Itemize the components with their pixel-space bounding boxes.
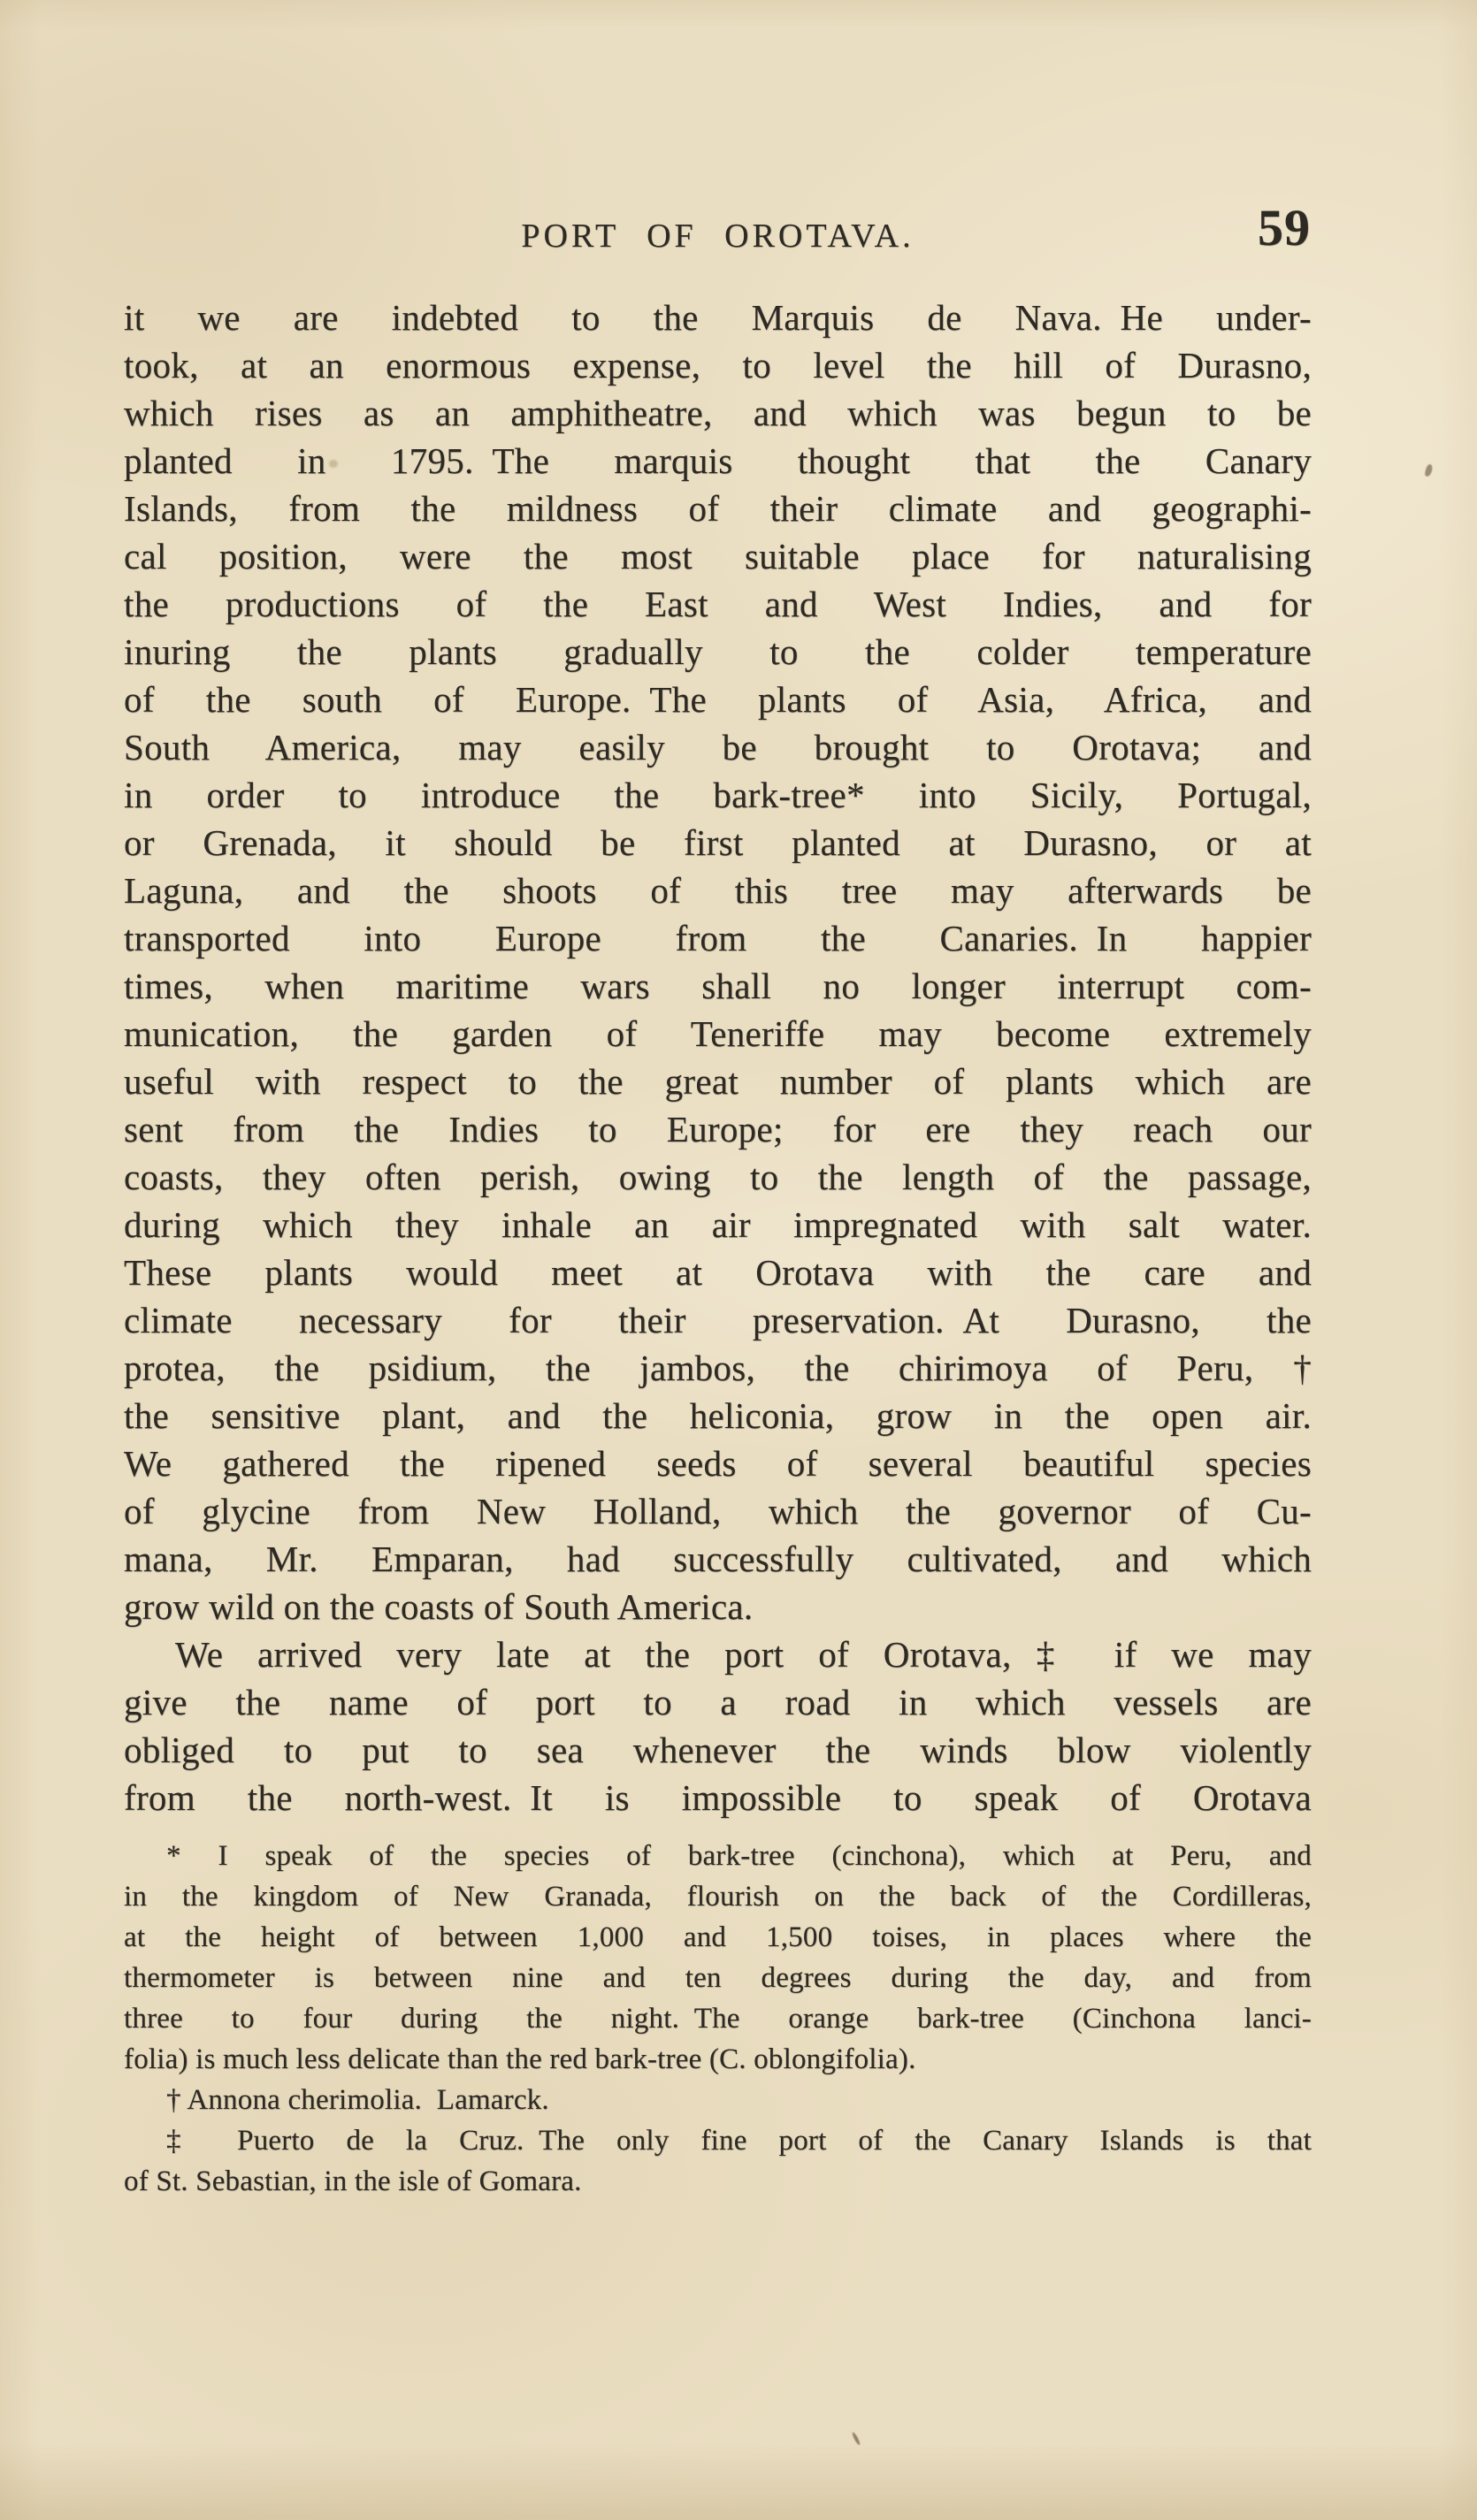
running-header-title: PORT OF OROTAVA. xyxy=(124,215,1312,257)
body-text-block: it we are indebted to the Marquis de Nav… xyxy=(124,294,1312,1821)
text-line: thermometer is between nine and ten degr… xyxy=(124,1958,1312,1998)
text-line: of St. Sebastian, in the isle of Gomara. xyxy=(124,2161,1312,2202)
text-line: Laguna, and the shoots of this tree may … xyxy=(124,867,1312,914)
text-line: protea, the psidium, the jambos, the chi… xyxy=(124,1344,1312,1392)
paper-speck xyxy=(1424,463,1433,477)
text-line: coasts, they often perish, owing to the … xyxy=(124,1153,1312,1201)
text-line: useful with respect to the great number … xyxy=(124,1058,1312,1105)
text-line: in order to introduce the bark-tree* int… xyxy=(124,771,1312,819)
text-line: grow wild on the coasts of South America… xyxy=(124,1583,1312,1630)
text-line: sent from the Indies to Europe; for ere … xyxy=(124,1105,1312,1153)
text-line: inuring the plants gradually to the cold… xyxy=(124,628,1312,676)
text-line: at the height of between 1,000 and 1,500… xyxy=(124,1917,1312,1958)
page-number: 59 xyxy=(1258,202,1311,255)
text-line: transported into Europe from the Canarie… xyxy=(124,914,1312,962)
text-line: or Grenada, it should be first planted a… xyxy=(124,819,1312,867)
paper-speck xyxy=(851,2432,861,2446)
paragraph-arrival-at-port: We arrived very late at the port of Orot… xyxy=(124,1630,1312,1821)
text-line: the sensitive plant, and the heliconia, … xyxy=(124,1392,1312,1439)
text-line: planted in 1795. The marquis thought tha… xyxy=(124,437,1312,485)
text-line: munication, the garden of Teneriffe may … xyxy=(124,1010,1312,1058)
text-line: three to four during the night. The oran… xyxy=(124,1998,1312,2039)
paragraph-marquis-de-nava: it we are indebted to the Marquis de Nav… xyxy=(124,294,1312,1630)
text-line: give the name of port to a road in which… xyxy=(124,1678,1312,1726)
footnote-puerto-de-la-cruz: ‡ Puerto de la Cruz. The only fine port … xyxy=(124,2120,1312,2202)
text-line: mana, Mr. Emparan, had successfully cult… xyxy=(124,1535,1312,1583)
text-line: † Annona cherimolia. Lamarck. xyxy=(124,2080,1312,2120)
text-line: Islands, from the mildness of their clim… xyxy=(124,485,1312,532)
text-line: of glycine from New Holland, which the g… xyxy=(124,1487,1312,1535)
text-line: which rises as an amphitheatre, and whic… xyxy=(124,389,1312,437)
text-line: We arrived very late at the port of Orot… xyxy=(124,1630,1312,1678)
text-line: of the south of Europe. The plants of As… xyxy=(124,676,1312,723)
text-line: cal position, were the most suitable pla… xyxy=(124,532,1312,580)
text-line: South America, may easily be brought to … xyxy=(124,723,1312,771)
text-line: the productions of the East and West Ind… xyxy=(124,580,1312,628)
footnotes-block: * I speak of the species of bark-tree (c… xyxy=(124,1836,1312,2202)
text-line: in the kingdom of New Granada, flourish … xyxy=(124,1876,1312,1917)
text-line: climate necessary for their preservation… xyxy=(124,1296,1312,1344)
footnote-annona-cherimolia: † Annona cherimolia. Lamarck. xyxy=(124,2080,1312,2120)
book-page-scan: PORT OF OROTAVA. 59 it we are indebted t… xyxy=(0,0,1477,2520)
text-line: folia) is much less delicate than the re… xyxy=(124,2039,1312,2080)
text-line: times, when maritime wars shall no longe… xyxy=(124,962,1312,1010)
text-line: ‡ Puerto de la Cruz. The only fine port … xyxy=(124,2120,1312,2161)
footnote-bark-tree: * I speak of the species of bark-tree (c… xyxy=(124,1836,1312,2080)
text-line: * I speak of the species of bark-tree (c… xyxy=(124,1836,1312,1876)
text-line: obliged to put to sea whenever the winds… xyxy=(124,1726,1312,1774)
text-line: it we are indebted to the Marquis de Nav… xyxy=(124,294,1312,341)
text-line: during which they inhale an air impregna… xyxy=(124,1201,1312,1249)
text-line: took, at an enormous expense, to level t… xyxy=(124,341,1312,389)
text-line: We gathered the ripened seeds of several… xyxy=(124,1439,1312,1487)
text-line: from the north-west. It is impossible to… xyxy=(124,1774,1312,1821)
text-line: These plants would meet at Orotava with … xyxy=(124,1249,1312,1296)
